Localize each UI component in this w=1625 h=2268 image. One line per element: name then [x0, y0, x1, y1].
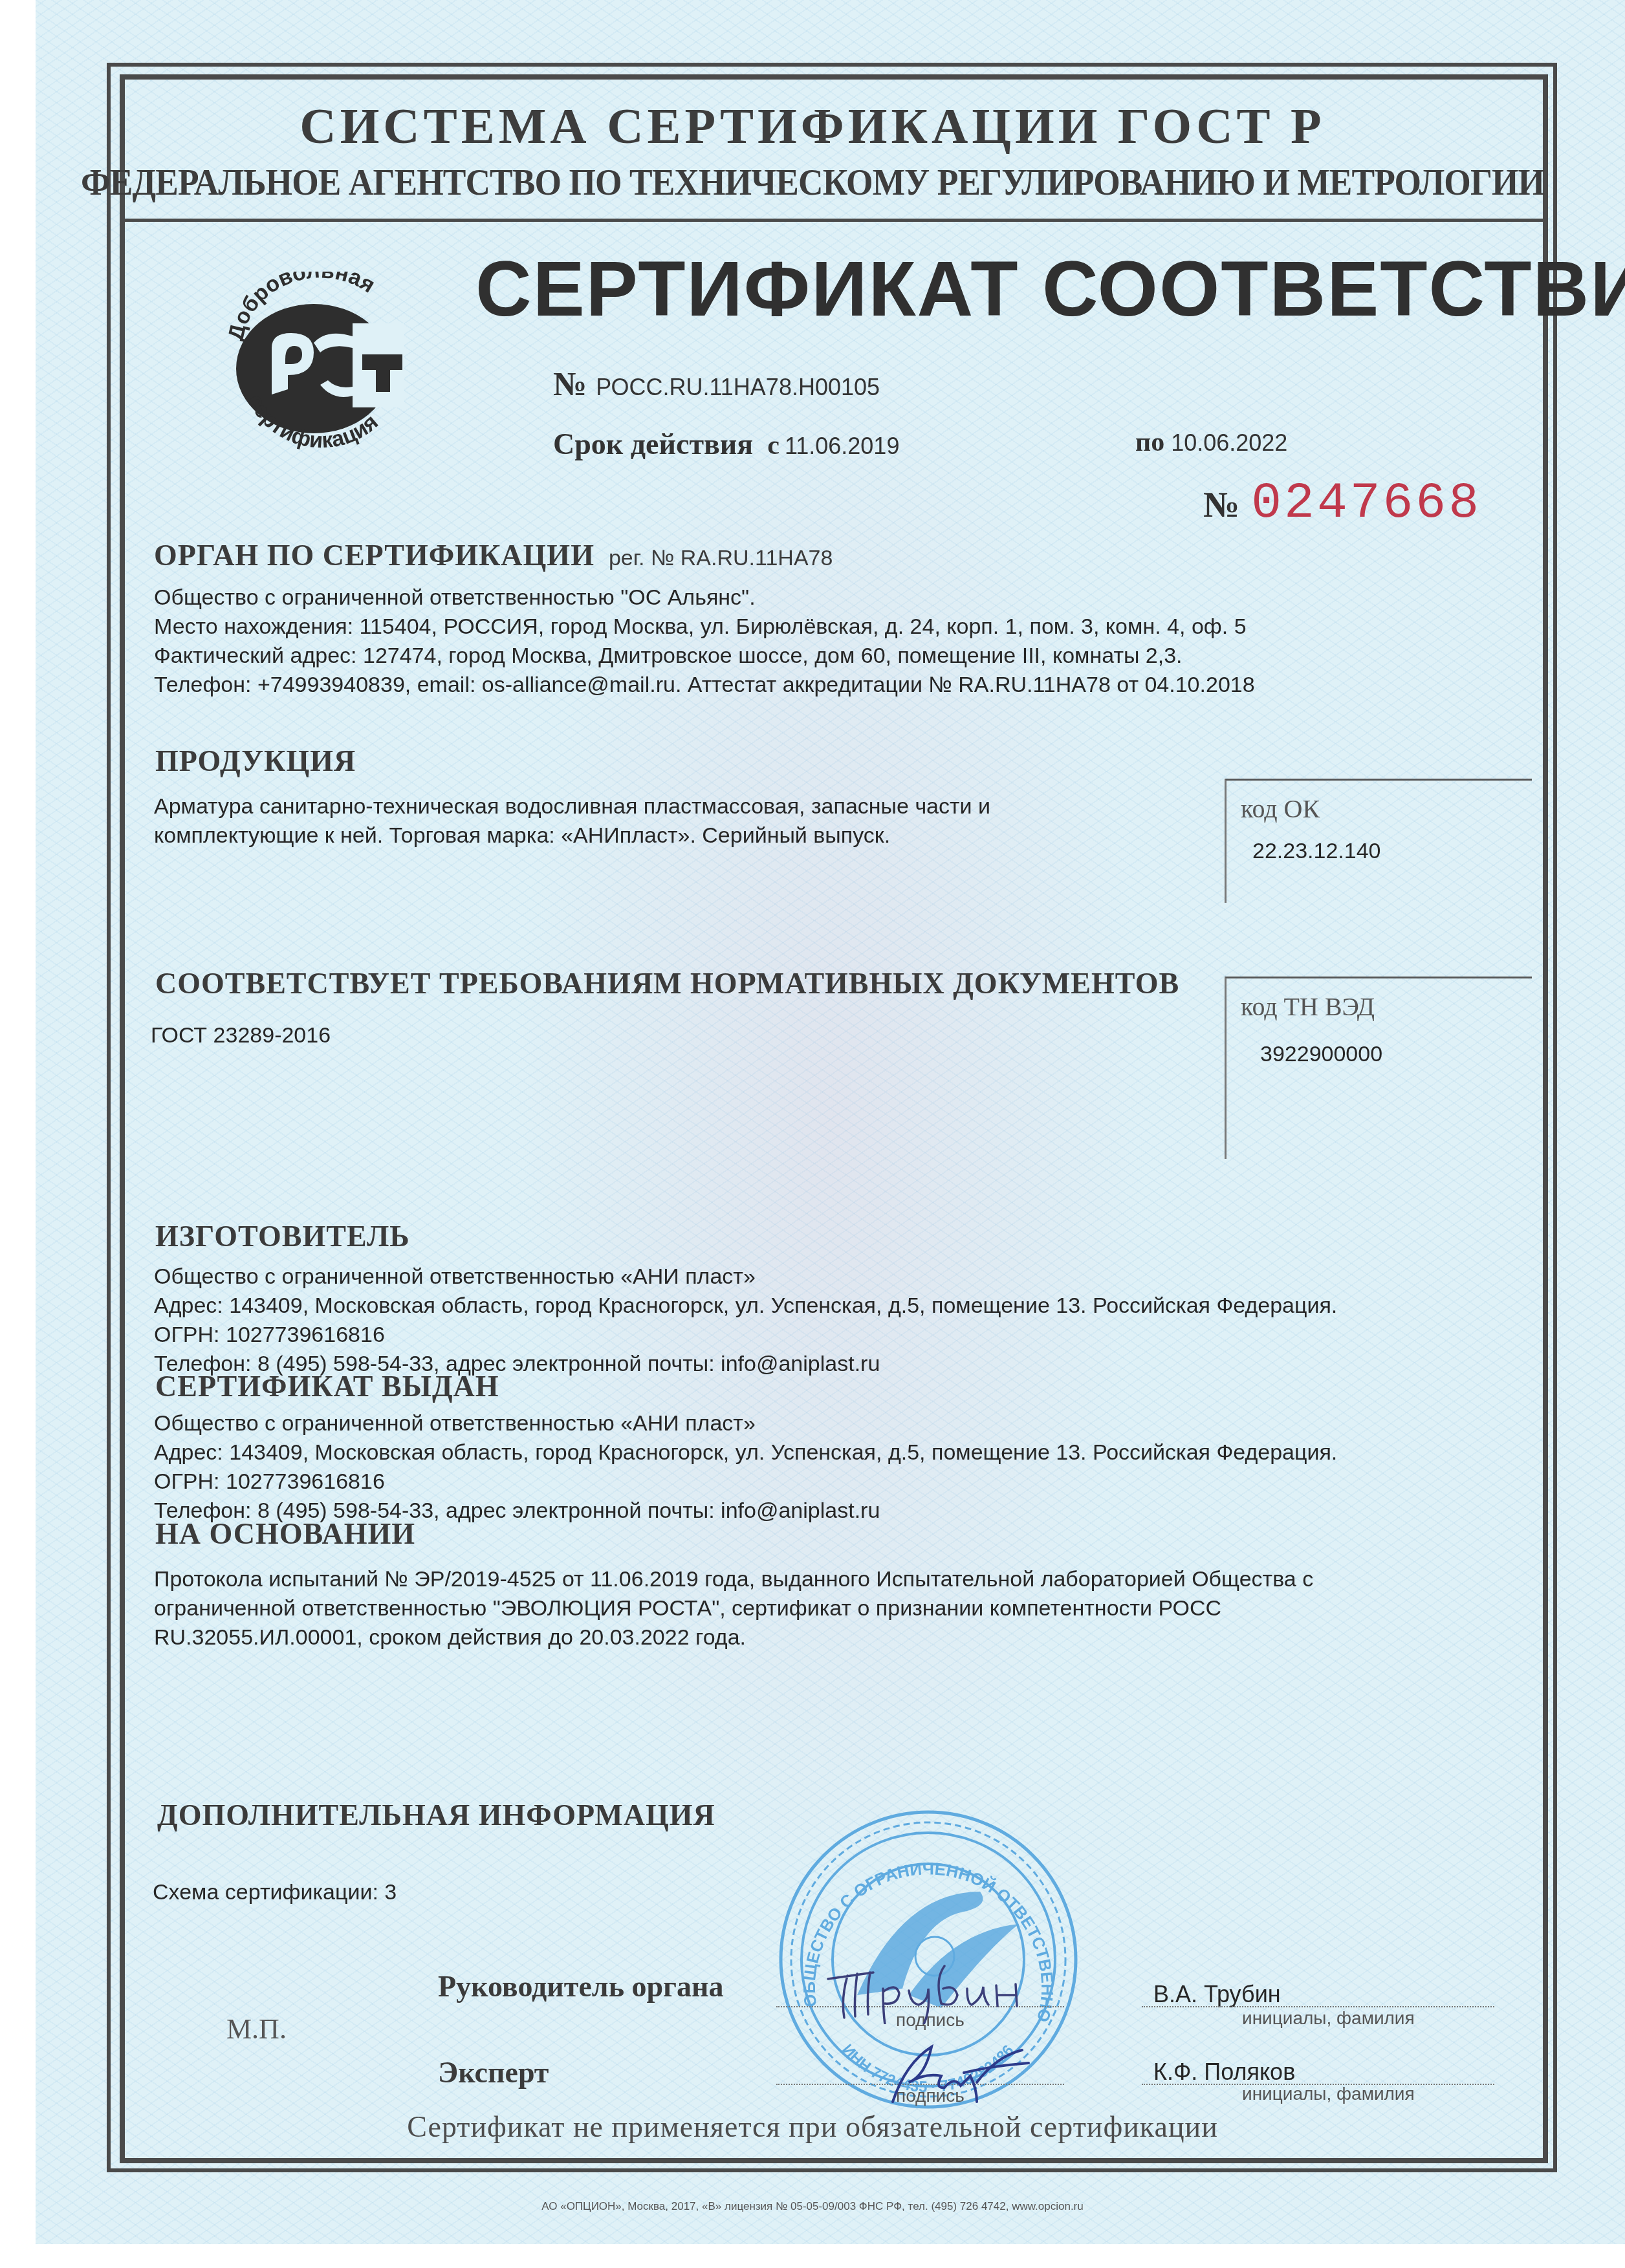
expert-name: К.Ф. Поляков — [1153, 2058, 1295, 2086]
system-title: СИСТЕМА СЕРТИФИКАЦИИ ГОСТ Р — [0, 97, 1625, 155]
body-line: Фактический адрес: 127474, город Москва,… — [154, 643, 1183, 669]
code-ok-label: код ОК — [1241, 794, 1320, 824]
body-line: комплектующие к ней. Торговая марка: «АН… — [154, 823, 890, 848]
agency-title: ФЕДЕРАЛЬНОЕ АГЕНТСТВО ПО ТЕХНИЧЕСКОМУ РЕ… — [65, 160, 1560, 204]
certification-scheme: Схема сертификации: 3 — [153, 1880, 397, 1905]
manufacturer-heading: ИЗГОТОВИТЕЛЬ — [155, 1219, 410, 1253]
section-title: ОРГАН ПО СЕРТИФИКАЦИИ — [154, 539, 594, 572]
conformity-heading: СООТВЕТСТВУЕТ ТРЕБОВАНИЯМ НОРМАТИВНЫХ ДО… — [155, 966, 1179, 1000]
standard-reference: ГОСТ 23289-2016 — [151, 1023, 331, 1048]
body-line: Общество с ограниченной ответственностью… — [154, 1264, 756, 1290]
voluntary-only-note: Сертификат не применяется при обязательн… — [0, 2110, 1625, 2144]
body-line: Арматура санитарно-техническая водосливн… — [154, 794, 990, 819]
validity-to: по10.06.2022 — [1135, 427, 1287, 458]
blank-number-sign: № — [1203, 485, 1239, 525]
from-label: с — [767, 431, 780, 460]
basis-heading: НА ОСНОВАНИИ — [155, 1517, 415, 1551]
body-line: ограниченной ответственностью "ЭВОЛЮЦИЯ … — [154, 1596, 1221, 1621]
code-tnved-label: код ТН ВЭД — [1241, 991, 1375, 1022]
header-divider — [120, 219, 1548, 222]
certification-body-heading: ОРГАН ПО СЕРТИФИКАЦИИрег. № RA.RU.11НА78 — [154, 538, 833, 572]
to-label: по — [1135, 427, 1164, 457]
body-line: Общество с ограниченной ответственностью… — [154, 1411, 756, 1436]
validity-from: Срок действияс11.06.2019 — [553, 427, 899, 461]
additional-info-heading: ДОПОЛНИТЕЛЬНАЯ ИНФОРМАЦИЯ — [157, 1798, 715, 1832]
validity-label: Срок действия — [553, 427, 753, 460]
body-line: ОГРН: 1027739616816 — [154, 1323, 385, 1348]
certificate-number: №РОСС.RU.11НА78.Н00105 — [553, 365, 880, 404]
body-line: Место нахождения: 115404, РОССИЯ, город … — [154, 614, 1247, 640]
code-tnved-box: код ТН ВЭД 3922900000 — [1225, 977, 1532, 1159]
issued-to-heading: СЕРТИФИКАТ ВЫДАН — [155, 1369, 499, 1403]
body-line: ОГРН: 1027739616816 — [154, 1469, 385, 1495]
body-line: Общество с ограниченной ответственностью… — [154, 585, 756, 610]
body-line: Телефон: +74993940839, email: os-allianc… — [154, 673, 1255, 698]
blank-number-value: 0247668 — [1251, 475, 1481, 532]
expert-role-label: Эксперт — [438, 2055, 549, 2090]
voluntary-certification-logo-icon: Добровольная сертификация — [223, 272, 417, 453]
body-line: Адрес: 143409, Московская область, город… — [154, 1440, 1337, 1465]
head-name-line — [1142, 2006, 1494, 2007]
body-line: RU.32055.ИЛ.00001, сроком действия до 20… — [154, 1625, 746, 1650]
certificate-title: СЕРТИФИКАТ СООТВЕТСТВИЯ — [475, 244, 1625, 334]
code-ok-value: 22.23.12.140 — [1252, 839, 1381, 864]
stamp-place-label: М.П. — [226, 2013, 287, 2046]
head-signature-icon — [822, 1953, 1035, 2024]
name-caption: инициалы, фамилия — [1242, 2084, 1415, 2104]
product-heading: ПРОДУКЦИЯ — [155, 744, 356, 778]
expert-signature-icon — [880, 2037, 1035, 2108]
valid-to-date: 10.06.2022 — [1171, 429, 1287, 456]
head-name: В.А. Трубин — [1153, 1981, 1281, 2008]
blank-serial-number: №0247668 — [1203, 475, 1481, 532]
certificate-number-value: РОСС.RU.11НА78.Н00105 — [596, 374, 880, 400]
valid-from-date: 11.06.2019 — [785, 433, 900, 459]
head-role-label: Руководитель органа — [438, 1969, 723, 2003]
code-tnved-value: 3922900000 — [1260, 1042, 1382, 1067]
body-line: Адрес: 143409, Московская область, город… — [154, 1293, 1337, 1319]
name-caption: инициалы, фамилия — [1242, 2008, 1415, 2029]
printer-imprint: АО «ОПЦИОН», Москва, 2017, «В» лицензия … — [0, 2200, 1625, 2213]
number-sign: № — [553, 366, 587, 403]
code-ok-box: код ОК 22.23.12.140 — [1225, 779, 1532, 903]
body-line: Протокола испытаний № ЭР/2019-4525 от 11… — [154, 1567, 1313, 1592]
registration-number: рег. № RA.RU.11НА78 — [609, 546, 833, 570]
